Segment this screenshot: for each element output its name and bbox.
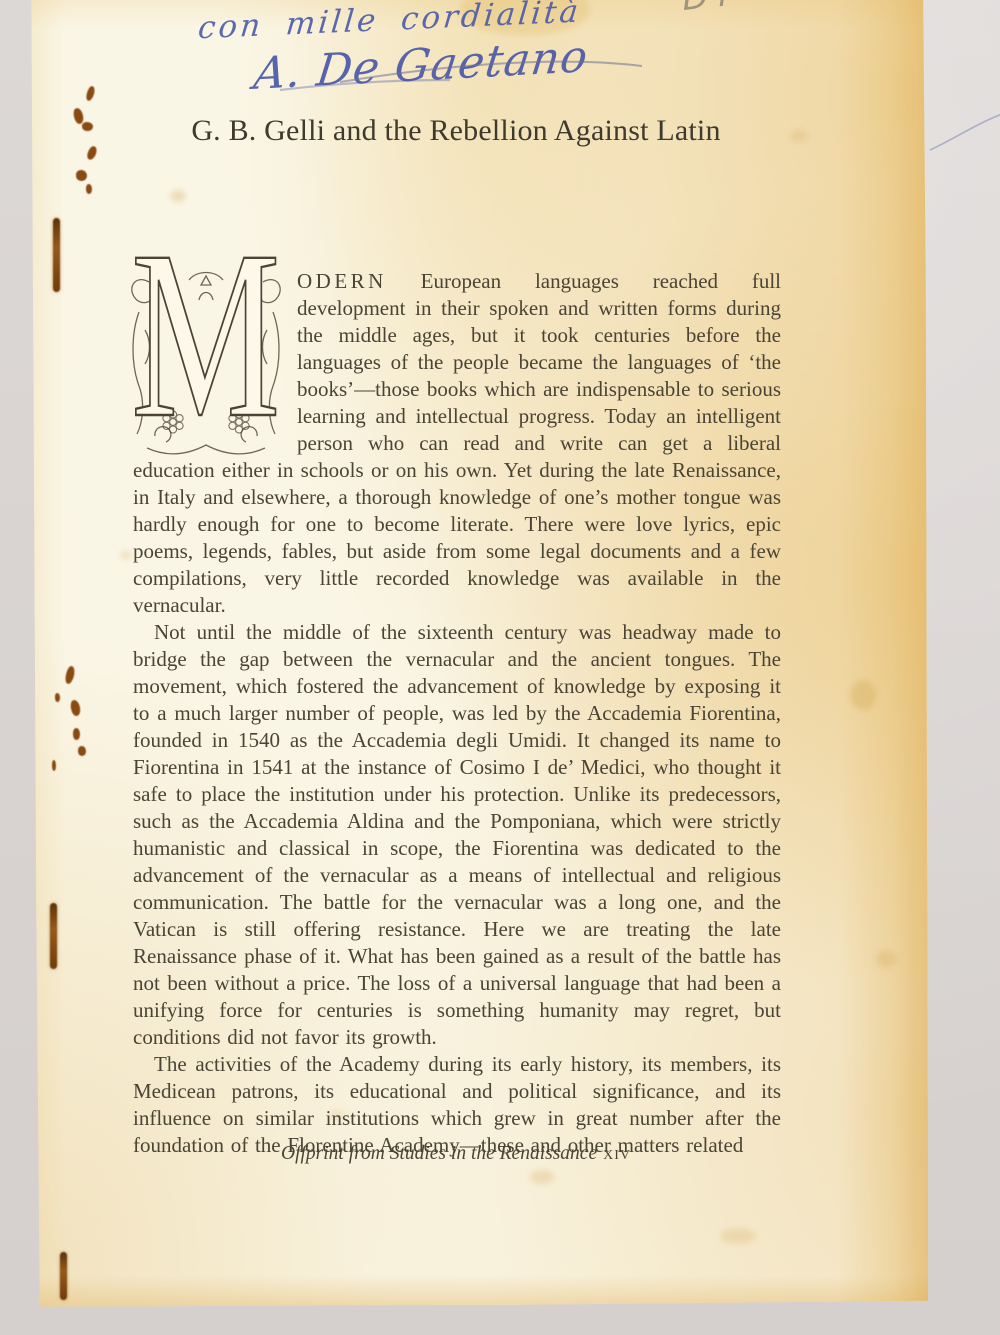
rust-speck — [73, 728, 80, 740]
stain — [876, 950, 896, 968]
rust-speck — [82, 122, 93, 131]
staple-mark — [50, 903, 57, 969]
rust-speck — [52, 760, 56, 771]
stain — [850, 680, 876, 710]
article-body: M ODERN European languages reached full … — [133, 268, 781, 1159]
rust-speck — [86, 184, 92, 194]
article-title: G. B. Gelli and the Rebellion Against La… — [133, 114, 779, 148]
paragraph-2: Not until the middle of the sixteenth ce… — [133, 619, 781, 1051]
staple-mark — [60, 1252, 67, 1300]
rust-speck — [85, 85, 96, 101]
stain — [720, 1228, 756, 1244]
stain — [530, 1170, 554, 1184]
drop-cap-letter-M: M — [131, 214, 280, 454]
rust-speck — [64, 665, 76, 684]
footer-imprint: Offprint from Studies in the Renaissance… — [133, 1142, 779, 1165]
rust-speck — [70, 699, 82, 716]
ornate-drop-cap: M — [129, 270, 287, 433]
stain — [790, 130, 808, 142]
scanner-background: con mille cordialità A. De Gaetano Dr G.… — [0, 0, 1000, 1335]
staple-mark — [53, 218, 60, 292]
offprint-page: con mille cordialità A. De Gaetano Dr G.… — [30, 0, 928, 1308]
footer-source-text: Offprint from Studies in the Renaissance — [281, 1143, 597, 1164]
lead-capitals: ODERN — [297, 269, 387, 293]
rust-speck — [85, 145, 98, 161]
rust-speck — [55, 693, 60, 702]
stain — [120, 550, 132, 560]
paragraph-1: M ODERN European languages reached full … — [133, 268, 781, 619]
footer-volume-numeral: xiv — [603, 1142, 631, 1164]
rust-speck — [78, 746, 86, 756]
rust-speck — [76, 170, 87, 181]
pencil-note: Dr — [679, 0, 745, 20]
